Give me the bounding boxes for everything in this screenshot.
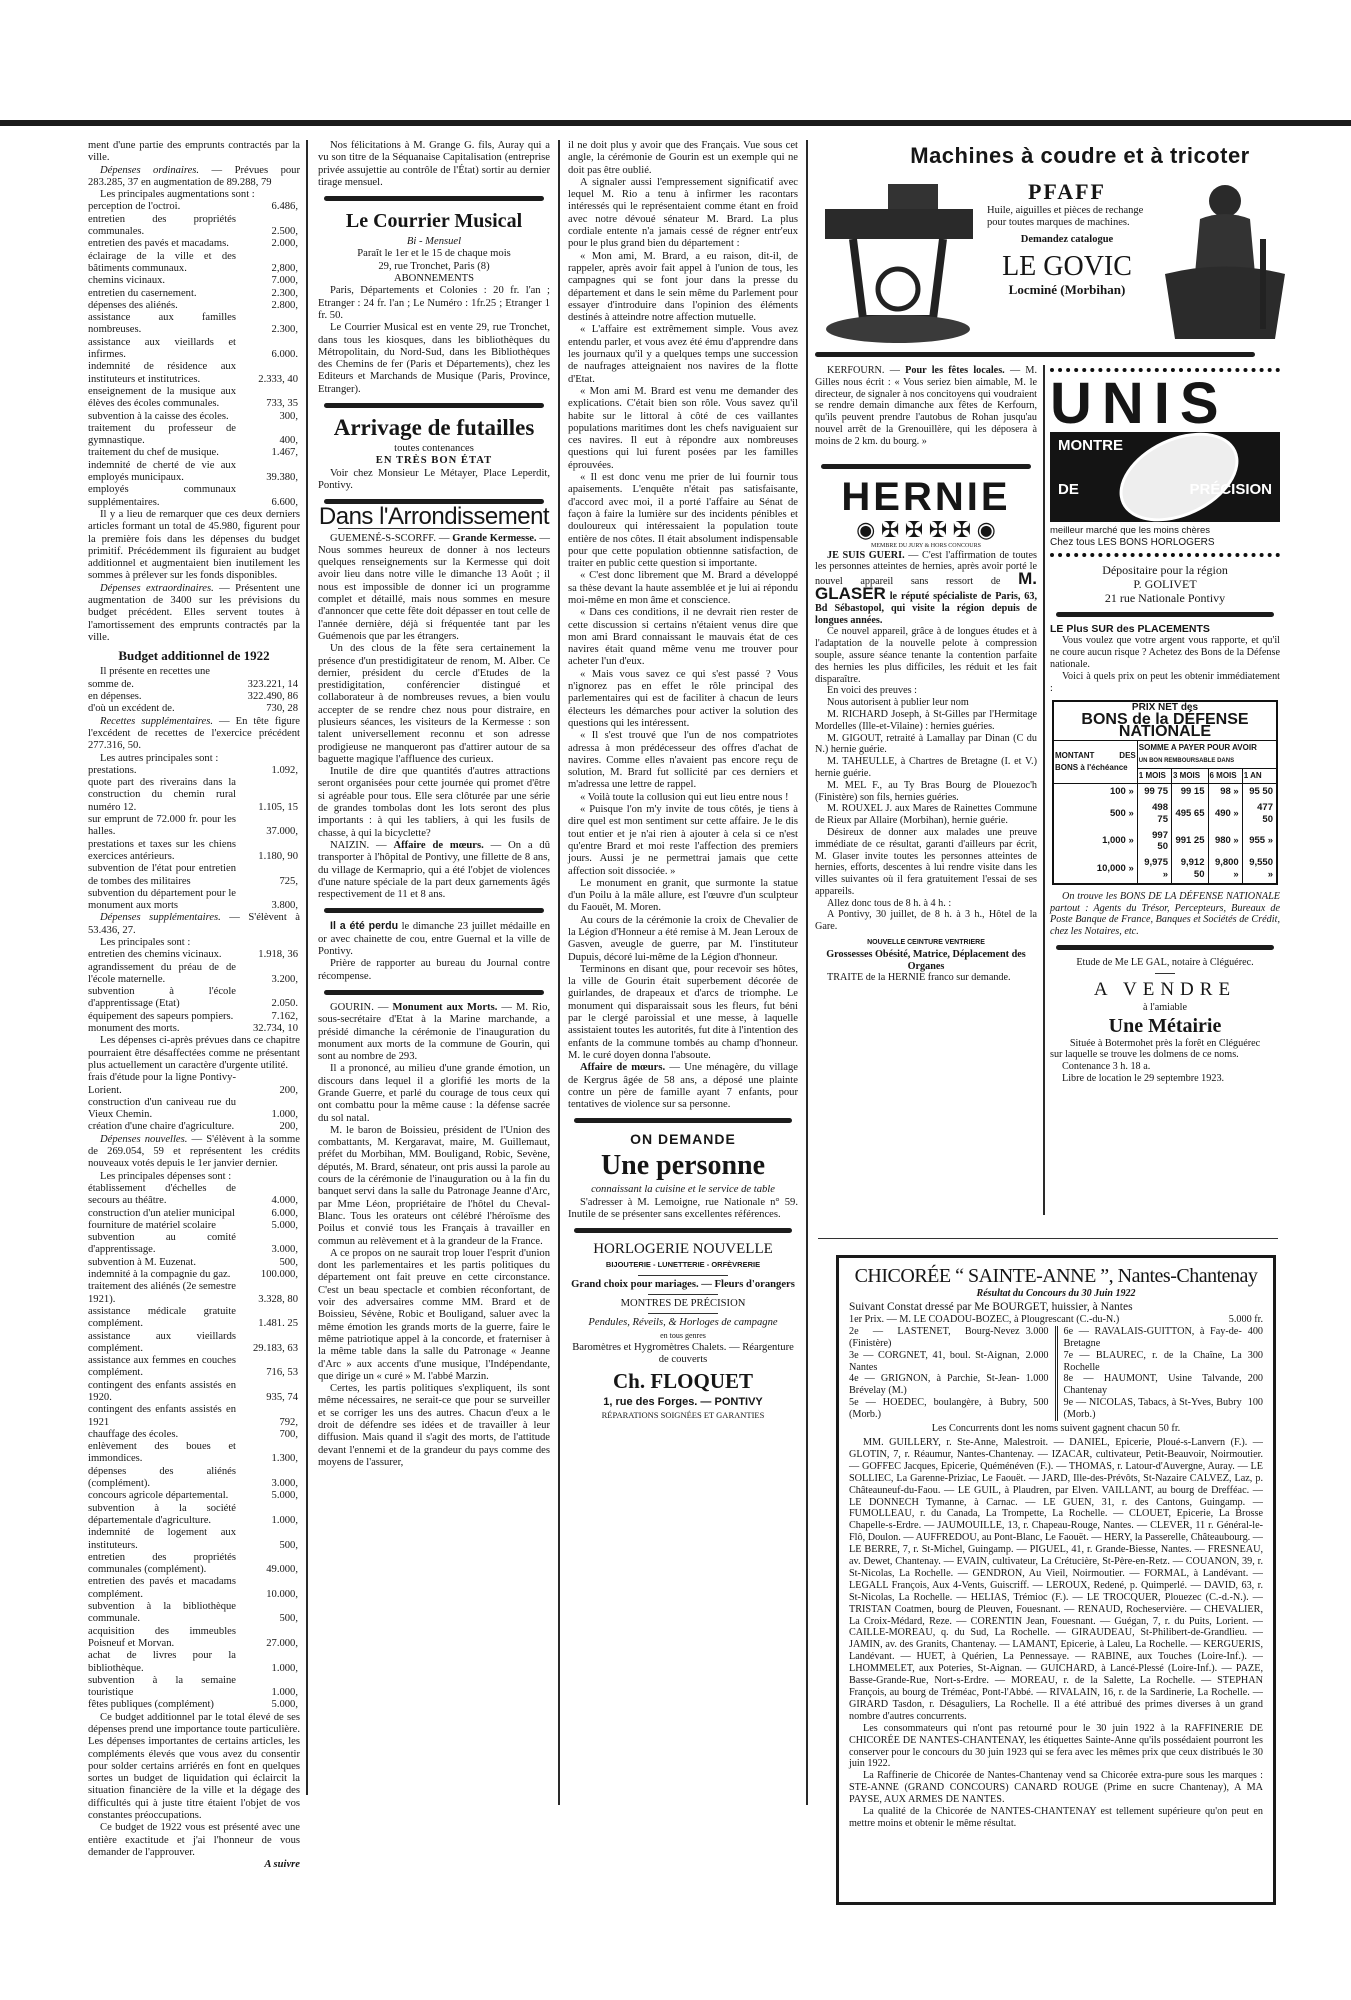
- divider: [574, 1118, 792, 1123]
- ledger-value: 5.000,: [236, 1220, 300, 1232]
- first-prize: 1er Prix. — M. LE COADOU-BOZEC, à Plougr…: [849, 1314, 1263, 1326]
- ledger-label: traitement du professeur de gymnastique.: [88, 423, 236, 448]
- bons-row: 1,000 »997 50991 25980 »955 »: [1054, 828, 1276, 856]
- place-name: GOURIN.: [330, 1002, 374, 1013]
- ledger-value: 39.380,: [236, 460, 300, 485]
- period-header: 1 MOIS: [1137, 769, 1171, 784]
- column-divider: [306, 140, 308, 1795]
- ledger-value: 100.000,: [236, 1269, 300, 1281]
- knitting-woman-icon: [1155, 179, 1290, 344]
- ledger-row: somme de.323.221, 14: [88, 679, 300, 691]
- bons-cell: 477 50: [1242, 800, 1276, 828]
- unis-address: 21 rue Nationale Pontivy: [1050, 591, 1280, 605]
- vendre-libre: Libre de location le 29 septembre 1923.: [1050, 1073, 1280, 1085]
- naizin-article: NAIZIN. — Affaire de mœurs. — On a dû tr…: [318, 840, 550, 901]
- ledger-label: frais d'étude pour la ligne Pontivy-Lori…: [88, 1072, 236, 1097]
- testimonial: M. TAHEULLE, à Chartres de Bretagne (I. …: [815, 756, 1037, 780]
- ledger-row: subvention du département pour le monume…: [88, 888, 300, 913]
- ledger-value: 10.000,: [236, 1576, 300, 1601]
- col3-p4: « L'affaire est extrêmement simple. Vous…: [568, 324, 798, 385]
- horlogerie-l4: en tous genres: [568, 1330, 798, 1342]
- pfaff-headline: Machines à coudre et à tricoter: [815, 143, 1345, 169]
- courrier-abonnements: ABONNEMENTS: [318, 273, 550, 285]
- ledger-label: subvention au comité d'apprentissage.: [88, 1232, 236, 1257]
- ledger-value: 7.000,: [236, 275, 300, 287]
- bons-row: 10,000 »9,975 »9,912 509,800 »9,550 »: [1054, 855, 1276, 883]
- horlogerie-sub: BIJOUTERIE - LUNETTERIE - ORFÈVRERIE: [568, 1259, 798, 1271]
- sewing-machine-icon: [823, 179, 973, 344]
- divider: [1056, 612, 1274, 617]
- ledger-label: construction d'un atelier municipal: [88, 1208, 236, 1220]
- bons-cell: 991 25: [1171, 828, 1208, 856]
- ledger-row: dépenses des aliénés.2.800,: [88, 300, 300, 312]
- gourin-p3: M. le baron de Boissieu, président de l'…: [318, 1125, 550, 1248]
- ledger-row: enseignement de la musique aux élèves de…: [88, 386, 300, 411]
- bons-table: PRIX NET des BONS de la DÉFENSE NATIONAL…: [1052, 700, 1278, 884]
- unis-band: MONTRE DE PRÉCISION: [1050, 432, 1280, 522]
- col3-p7: « C'est donc librement que M. Brard a dé…: [568, 570, 798, 607]
- ledger-row: en dépenses.322.490, 86: [88, 691, 300, 703]
- ledger-row: subvention à l'école d'apprentissage (Et…: [88, 986, 300, 1011]
- col3-p13: Le monument en granit, que surmonte la s…: [568, 878, 798, 915]
- pfaff-text: Huile, aiguilles et pièces de rechange p…: [987, 205, 1147, 229]
- ledger-value: 3.328, 80: [236, 1281, 300, 1306]
- hernie-p4: Nous autorisent à publier leur nom: [815, 697, 1037, 709]
- ledger-label: employés communaux supplémentaires.: [88, 484, 236, 509]
- horlogerie-address: 1, rue des Forges. — PONTIVY: [568, 1396, 798, 1408]
- divider: [1155, 973, 1175, 974]
- horlogerie-l3: Pendules, Réveils, & Horloges de campagn…: [568, 1317, 798, 1329]
- bons-cell: 100 »: [1054, 784, 1137, 800]
- prizes-left: 2e — LASTENET, Bourg-Nevez (Finistère)3.…: [849, 1326, 1058, 1421]
- horlogerie-l1: Grand choix pour mariages. — Fleurs d'or…: [568, 1279, 798, 1291]
- guemene-p3: Inutile de dire que quantités d'autres a…: [318, 766, 550, 840]
- testimonial: M. ROUXEL J. aux Mares de Rainettes Comm…: [815, 803, 1037, 827]
- ledger-label: contingent des enfants assistés en 1920.: [88, 1380, 236, 1405]
- ledger-value: 1.000,: [236, 1503, 300, 1528]
- recettes-supplementaires: Recettes supplémentaires. — En tête figu…: [88, 716, 300, 753]
- ledger-label: enlèvement des boues et immondices.: [88, 1441, 236, 1466]
- pfaff-dealer: LE GOVIC: [987, 250, 1147, 284]
- futailles-line1: toutes contenances: [318, 443, 550, 455]
- ledger-row: concours agricole départemental.5.000,: [88, 1490, 300, 1502]
- top-rule: [0, 120, 1351, 126]
- ledger-value: 7.162,: [236, 1011, 300, 1023]
- ledger-value: 1.918, 36: [236, 949, 300, 961]
- budget-additionnel-table: somme de.323.221, 14en dépenses.322.490,…: [88, 679, 300, 716]
- prize-entry: 5e — HOEDEC, boulangère, à Bubry, (Morb.…: [849, 1397, 1049, 1421]
- section-lead: Dépenses nouvelles.: [100, 1134, 187, 1145]
- ledger-value: 3.200,: [236, 962, 300, 987]
- placements-title: LE Plus SUR des PLACEMENTS: [1050, 624, 1280, 636]
- pfaff-catalogue: Demandez catalogue: [987, 234, 1147, 246]
- ledger-row: subvention de l'état pour entretien de t…: [88, 863, 300, 888]
- ledger-label: monument des morts.: [88, 1023, 236, 1035]
- ledger-label: agrandissement du préau de de l'école ma…: [88, 962, 236, 987]
- bons-hd2: BONS de la DÉFENSE NATIONALE: [1054, 714, 1276, 741]
- arrondissement-title: Dans l'Arrondissement: [318, 511, 550, 523]
- ledger-row: entretien des propriétés communales (com…: [88, 1552, 300, 1577]
- column-divider: [806, 140, 808, 1805]
- place-name: KERFOURN.: [827, 365, 884, 376]
- bons-cell: 1,000 »: [1054, 828, 1137, 856]
- ledger-label: subvention à la caisse des écoles.: [88, 411, 236, 423]
- ledger-label: quote part des riverains dans la constru…: [88, 777, 236, 814]
- ledger-label: perception de l'octroi.: [88, 201, 236, 213]
- ledger-row: construction d'un atelier municipal6.000…: [88, 1208, 300, 1220]
- col3-p9: « Mais vous savez ce qui s'est passé ? V…: [568, 669, 798, 730]
- col3-p1: il ne doit plus y avoir que des Français…: [568, 140, 798, 177]
- col3-p12: « Puisque l'on m'y invite de tous côtés,…: [568, 804, 798, 878]
- column-divider: [1043, 365, 1045, 1215]
- ledger-row: agrandissement du préau de de l'école ma…: [88, 962, 300, 987]
- bons-row: 500 »498 75495 65490 »477 50: [1054, 800, 1276, 828]
- ledger-label: entretien du casernement.: [88, 288, 236, 300]
- prize-entry: 3e — CORGNET, 41, boul. St-Aignan, Nante…: [849, 1350, 1049, 1374]
- unis-ad: UNIS MONTRE DE PRÉCISION meilleur marché…: [1050, 368, 1280, 557]
- ledger-value: 4.000,: [236, 1183, 300, 1208]
- ledger-value: 500,: [236, 1601, 300, 1626]
- ledger-row: subvention à la bibliothèque communale.5…: [88, 1601, 300, 1626]
- ledger-row: assistance aux femmes en couches complém…: [88, 1355, 300, 1380]
- ledger-value: 29.183, 63: [236, 1331, 300, 1356]
- article-headline: Grande Kermesse.: [452, 533, 536, 544]
- depenses-extraordinaires: Dépenses extraordinaires. — Présentent u…: [88, 583, 300, 644]
- ledger-value: 500,: [236, 1257, 300, 1269]
- ledger-row: création d'une chaire d'agriculture.200,: [88, 1121, 300, 1133]
- period-header: 6 MOIS: [1208, 769, 1242, 784]
- prize-entry: 9e — NICOLAS, Tabacs, à St-Yves, Bubry (…: [1064, 1397, 1264, 1421]
- ledger-row: entretien des propriétés communales.2.50…: [88, 214, 300, 239]
- ledger-label: indemnité de cherté de vie aux employés …: [88, 460, 236, 485]
- ledger-row: traitement du professeur de gymnastique.…: [88, 423, 300, 448]
- depenses-nouvelles: Dépenses nouvelles. — S'élèvent à la som…: [88, 1134, 300, 1171]
- unis-name: P. GOLIVET: [1050, 577, 1280, 591]
- pfaff-city: Locminé (Morbihan): [987, 284, 1147, 296]
- ledger-row: subvention à la société départementale d…: [88, 1503, 300, 1528]
- ledger-row: assistance aux vieillards et infirmes.6.…: [88, 337, 300, 362]
- ledger-label: concours agricole départemental.: [88, 1490, 236, 1502]
- chicoree-qualite: La qualité de la Chicorée de NANTES-CHAN…: [849, 1806, 1263, 1830]
- ledger-row: prestations et taxes sur les chiens exer…: [88, 839, 300, 864]
- ledger-value: 1.000,: [236, 1097, 300, 1122]
- ledger-value: 5.000,: [236, 1490, 300, 1502]
- vendre-dolmens: sur laquelle se trouve les dolmens de ce…: [1050, 1049, 1280, 1061]
- ledger-label: en dépenses.: [88, 691, 236, 703]
- a-suivre: A suivre: [88, 1859, 300, 1871]
- ledger-row: assistance aux familles nombreuses.2.300…: [88, 312, 300, 337]
- ledger-label: subvention du département pour le monume…: [88, 888, 236, 913]
- divider: [1056, 945, 1274, 950]
- column-unis: UNIS MONTRE DE PRÉCISION meilleur marché…: [1050, 368, 1280, 1085]
- ledger-label: construction d'un caniveau rue du Vieux …: [88, 1097, 236, 1122]
- ledger-label: assistance médicale gratuite complément.: [88, 1306, 236, 1331]
- section-lead: Dépenses ordinaires.: [100, 165, 199, 176]
- hernie-p1: JE SUIS GUERI. — C'est l'affirmation de …: [815, 550, 1037, 627]
- col-montant: MONTANT DES BONS à l'échéance: [1054, 741, 1137, 784]
- ledger-label: entretien des chemins vicinaux.: [88, 949, 236, 961]
- ledger-label: entretien des pavés et macadams compléme…: [88, 1576, 236, 1601]
- place-name: GUEMENÉ-S-SCORFF.: [330, 533, 436, 544]
- ledger-value: 1.481. 25: [236, 1306, 300, 1331]
- courrier-musical-title: Le Courrier Musical: [318, 208, 550, 234]
- ledger-value: 300,: [236, 411, 300, 423]
- divider: [324, 196, 544, 201]
- col3-p6: « Il est donc venu me prier de lui fourn…: [568, 472, 798, 570]
- notice-lead: Il a été perdu: [330, 920, 398, 932]
- bons-cell: 99 15: [1171, 784, 1208, 800]
- column-arrondissement: Nos félicitations à M. Grange G. fils, A…: [318, 140, 550, 1469]
- ledger-label: indemnité de résidence aux instituteurs …: [88, 361, 236, 386]
- ledger-label: chauffage des écoles.: [88, 1429, 236, 1441]
- column-hernie: KERFOURN. — Pour les fêtes locales. — M.…: [815, 365, 1037, 984]
- desaffectees-text: Les dépenses ci-après prévues dans ce ch…: [88, 1035, 300, 1072]
- ledger-label: dépenses des aliénés (complément).: [88, 1466, 236, 1491]
- chicoree-consommateurs: Les consommateurs qui n'ont pas retourné…: [849, 1723, 1263, 1771]
- ledger-value: 1.000,: [236, 1675, 300, 1700]
- ledger-label: achat de livres pour la bibliothèque.: [88, 1650, 236, 1675]
- guemene-article: GUEMENÉ-S-SCORFF. — Grande Kermesse. — N…: [318, 533, 550, 644]
- article-headline: Monument aux Morts.: [393, 1002, 498, 1013]
- hernie-p3: En voici des preuves :: [815, 685, 1037, 697]
- ledger-value: 2.500,: [236, 214, 300, 239]
- ledger-value: 730, 28: [236, 703, 300, 715]
- period-header: 3 MOIS: [1171, 769, 1208, 784]
- chicoree-marques: La Raffinerie de Chicorée de Nantes-Chan…: [849, 1770, 1263, 1806]
- ledger-label: prestations et taxes sur les chiens exer…: [88, 839, 236, 864]
- prize-entry: 8e — HAUMONT, Usine Talvande, Chantenay2…: [1064, 1373, 1264, 1397]
- ledger-value: 792,: [236, 1404, 300, 1429]
- ledger-value: 1.300,: [236, 1441, 300, 1466]
- vendre-contenance: Contenance 3 h. 18 a.: [1050, 1061, 1280, 1073]
- ledger-value: 200,: [236, 1072, 300, 1097]
- section-divider: [818, 1238, 1278, 1239]
- bons-cell: 98 »: [1208, 784, 1242, 800]
- horlogerie-l5: Baromètres et Hygromètres Chalets. — Réa…: [568, 1342, 798, 1367]
- bons-cell: 495 65: [1171, 800, 1208, 828]
- traite-label: TRAITE de la HERNIE franco sur demande.: [815, 972, 1037, 984]
- col3-p5: « Mon ami M. Brard est venu me demander …: [568, 386, 798, 472]
- demande-title: Une personne: [568, 1150, 798, 1182]
- placements-p3: On trouve les BONS DE LA DÉFENSE NATIONA…: [1050, 891, 1280, 938]
- ledger-label: entretien des propriétés communales (com…: [88, 1552, 236, 1577]
- ledger-row: d'où un excédent de.730, 28: [88, 703, 300, 715]
- article-text: — M. Gilles nous écrit : « Vous seriez b…: [815, 365, 1037, 447]
- ledger-row: entretien des chemins vicinaux.1.918, 36: [88, 949, 300, 961]
- depenses-ordinaires: Dépenses ordinaires. — Prévues pour 283.…: [88, 165, 300, 190]
- ledger-label: traitement du chef de musique.: [88, 447, 236, 459]
- ledger-label: prestations.: [88, 765, 236, 777]
- prizes-right: 6e — RAVALAIS-GUITTON, à Fay-de-Bretagne…: [1058, 1326, 1264, 1421]
- ledger-row: achat de livres pour la bibliothèque.1.0…: [88, 1650, 300, 1675]
- pfaff-ad: Machines à coudre et à tricoter PFAFF Hu…: [815, 143, 1345, 348]
- placements-p1: Vous voulez que votre argent vous rappor…: [1050, 635, 1280, 670]
- ledger-row: assistance médicale gratuite complément.…: [88, 1306, 300, 1331]
- ledger-value: 32.734, 10: [236, 1023, 300, 1035]
- ledger-value: 935, 74: [236, 1380, 300, 1405]
- desaffectees-table: frais d'étude pour la ligne Pontivy-Lori…: [88, 1072, 300, 1133]
- bons-cell: 9,975 »: [1137, 855, 1171, 883]
- medals-icon: ◉ ✠ ✠ ✠ ✠ ◉: [815, 518, 1037, 542]
- testimonial: M. RICHARD Joseph, à St-Gilles par l'Her…: [815, 709, 1037, 733]
- futailles-line3: Voir chez Monsieur Le Métayer, Place Lep…: [318, 468, 550, 493]
- ledger-row: sur emprunt de 72.000 fr. pour les halle…: [88, 814, 300, 839]
- nouvelles-table: établissement d'échelles de secours au t…: [88, 1183, 300, 1712]
- ledger-value: 6.000.: [236, 337, 300, 362]
- dep-supp-intro: Les principales sont :: [88, 937, 300, 949]
- ledger-row: entretien des pavés et macadams compléme…: [88, 1576, 300, 1601]
- horlogerie-name: Ch. FLOQUET: [568, 1368, 798, 1394]
- ledger-label: subvention à la bibliothèque communale.: [88, 1601, 236, 1626]
- bons-grid: MONTANT DES BONS à l'échéance SOMME A PA…: [1054, 741, 1276, 883]
- unis-logo: UNIS: [1050, 376, 1280, 432]
- chicoree-names: MM. GUILLERY, r. Ste-Anne, Malestroit. —…: [849, 1437, 1263, 1723]
- ledger-label: équipement des sapeurs pompiers.: [88, 1011, 236, 1023]
- divider: [648, 1313, 718, 1314]
- ledger-label: subvention à l'école d'apprentissage (Et…: [88, 986, 236, 1011]
- ledger-value: 27.000,: [236, 1626, 300, 1651]
- col3-p11: « Voilà toute la collusion qui eut lieu …: [568, 792, 798, 804]
- divider: [815, 352, 1255, 357]
- ledger-value: 716, 53: [236, 1355, 300, 1380]
- autres-table: prestations.1.092,quote part des riverai…: [88, 765, 300, 913]
- prize-entry: 4e — GRIGNON, à Parchie, St-Jean-Brévela…: [849, 1373, 1049, 1397]
- hernie-p6: Allez donc tous de 8 h. à 4 h. :: [815, 898, 1037, 910]
- bons-cell: 10,000 »: [1054, 855, 1137, 883]
- prize-entry: 2e — LASTENET, Bourg-Nevez (Finistère)3.…: [849, 1326, 1049, 1350]
- col3-p14: Au cours de la cérémonie la croix de Che…: [568, 915, 798, 964]
- ledger-label: subvention de l'état pour entretien de t…: [88, 863, 236, 888]
- ledger-row: quote part des riverains dans la constru…: [88, 777, 300, 814]
- demande-text: S'adresser à M. Lemoigne, rue Nationale …: [568, 1197, 798, 1222]
- unis-tag1: meilleur marché que les moins chères: [1050, 525, 1280, 537]
- dep-supp-table: entretien des chemins vicinaux.1.918, 36…: [88, 949, 300, 1035]
- band-left: MONTRE: [1058, 440, 1123, 452]
- col3-p15: Terminons en disant que, pour recevoir s…: [568, 964, 798, 1062]
- kerfourn-article: KERFOURN. — Pour les fêtes locales. — M.…: [815, 365, 1037, 448]
- ledger-row: fêtes publiques (complément)5.000,: [88, 1699, 300, 1711]
- nouvelles-intro: Les principales dépenses sont :: [88, 1171, 300, 1183]
- ledger-value: 1.467,: [236, 447, 300, 459]
- ledger-value: 3.000,: [236, 1232, 300, 1257]
- ledger-value: 323.221, 14: [236, 679, 300, 691]
- ledger-value: 5.000,: [236, 1699, 300, 1711]
- ledger-row: équipement des sapeurs pompiers.7.162,: [88, 1011, 300, 1023]
- ledger-value: 2.300,: [236, 288, 300, 300]
- prize-entry: 6e — RAVALAIS-GUITTON, à Fay-de-Bretagne…: [1064, 1326, 1264, 1350]
- column-divider: [558, 140, 560, 1805]
- ledger-row: entretien des pavés et macadams.2.000,: [88, 238, 300, 250]
- testimonial: M. MEL F., au Ty Bras Bourg de Plouezoc'…: [815, 780, 1037, 804]
- ledger-label: fourniture de matériel scolaire: [88, 1220, 236, 1232]
- bons-cell: 980 »: [1208, 828, 1242, 856]
- ledger-row: traitement des aliénés (2e semestre 1921…: [88, 1281, 300, 1306]
- ledger-label: subvention à M. Euzenat.: [88, 1257, 236, 1269]
- article-headline: Pour les fêtes locales.: [905, 365, 1005, 376]
- horlogerie-footer: RÉPARATIONS SOIGNÉES ET GARANTIES: [568, 1409, 798, 1421]
- divider: [324, 908, 544, 913]
- ledger-value: 6.600,: [236, 484, 300, 509]
- ledger-label: indemnité à la compagnie du gaz.: [88, 1269, 236, 1281]
- gourin-article: GOURIN. — Monument aux Morts. — M. Rio, …: [318, 1002, 550, 1063]
- ledger-label: enseignement de la musique aux élèves de…: [88, 386, 236, 411]
- ledger-row: monument des morts.32.734, 10: [88, 1023, 300, 1035]
- section-lead: Dépenses extraordinaires.: [100, 583, 214, 594]
- chicoree-constat: Suivant Constat dressé par Me BOURGET, h…: [849, 1300, 1263, 1314]
- section-lead: Recettes supplémentaires.: [100, 716, 213, 727]
- ceinture-label: NOUVELLE CEINTURE VENTRIERE: [815, 937, 1037, 949]
- band-de: DE: [1058, 484, 1079, 496]
- ledger-row: subvention à la semaine touristique1.000…: [88, 1675, 300, 1700]
- column-budget: ment d'une partie des emprunts contracté…: [88, 140, 300, 1872]
- divider: [648, 1294, 718, 1295]
- hernie-p5: Désireux de donner aux malades une preuv…: [815, 827, 1037, 898]
- ledger-row: établissement d'échelles de secours au t…: [88, 1183, 300, 1208]
- ledger-value: 37.000,: [236, 814, 300, 839]
- ledger-label: acquisition des immeubles Poisneuf et Mo…: [88, 1626, 236, 1651]
- ledger-row: acquisition des immeubles Poisneuf et Mo…: [88, 1626, 300, 1651]
- courrier-subtitle: Bi - Mensuel: [318, 236, 550, 248]
- ledger-label: chemins vicinaux.: [88, 275, 236, 287]
- continuation-text: ment d'une partie des emprunts contracté…: [88, 140, 300, 165]
- prize-entry: 7e — BLAUREC, r. de la Chaîne, La Rochel…: [1064, 1350, 1264, 1374]
- ledger-row: perception de l'octroi.6.486,: [88, 201, 300, 213]
- ledger-row: éclairage de la ville et des bâtiments c…: [88, 251, 300, 276]
- remarque-text: Il y a lieu de remarquer que ces deux de…: [88, 509, 300, 583]
- ledger-row: employés communaux supplémentaires.6.600…: [88, 484, 300, 509]
- ledger-label: entretien des pavés et macadams.: [88, 238, 236, 250]
- ledger-value: 2.300,: [236, 312, 300, 337]
- ledger-row: chemins vicinaux.7.000,: [88, 275, 300, 287]
- gourin-p4: A ce propos on ne saurait trop louer l'e…: [318, 1248, 550, 1383]
- ledger-label: fêtes publiques (complément): [88, 1699, 236, 1711]
- conclusion-1: Ce budget additionnel par le total élevé…: [88, 1712, 300, 1823]
- col3-p10: « Il s'est trouvé que l'un de nos compat…: [568, 730, 798, 791]
- divider: [324, 990, 544, 995]
- etude-text: Etude de Me LE GAL, notaire à Cléguérec.: [1050, 957, 1280, 969]
- bons-row: 100 »99 7599 1598 »95 50: [1054, 784, 1276, 800]
- divider: [324, 403, 544, 408]
- article-headline: Affaire de mœurs.: [393, 840, 483, 851]
- ledger-value: 725,: [236, 863, 300, 888]
- divider: [574, 1228, 792, 1233]
- ledger-value: 2.050.: [236, 986, 300, 1011]
- horlogerie-l2: MONTRES DE PRÉCISION: [568, 1298, 798, 1310]
- ledger-label: contingent des enfants assistés en 1921: [88, 1404, 236, 1429]
- budget-additionnel-intro: Il présente en recettes une: [88, 666, 300, 678]
- courrier-tarifs: Paris, Départements et Colonies : 20 fr.…: [318, 285, 550, 322]
- chicoree-ad: CHICORÉE “ SAINTE-ANNE ”, Nantes-Chanten…: [836, 1255, 1276, 1905]
- ledger-value: 1.092,: [236, 765, 300, 777]
- ledger-row: construction d'un caniveau rue du Vieux …: [88, 1097, 300, 1122]
- ledger-label: dépenses des aliénés.: [88, 300, 236, 312]
- medals-caption: MEMBRE DU JURY & HORS CONCOURS: [815, 542, 1037, 550]
- column-gourin-continued: il ne doit plus y avoir que des Français…: [568, 140, 798, 1421]
- ledger-row: prestations.1.092,: [88, 765, 300, 777]
- courrier-vente: Le Courrier Musical est en vente 29, rue…: [318, 322, 550, 396]
- ledger-value: 2,800,: [236, 251, 300, 276]
- col3-p8: « Dans ces conditions, il ne devrait rie…: [568, 607, 798, 668]
- hernie-title: HERNIE: [815, 476, 1037, 518]
- ledger-value: 733, 35: [236, 386, 300, 411]
- testimonials-list: M. RICHARD Joseph, à St-Gilles par l'Her…: [815, 709, 1037, 827]
- divider: [638, 1275, 728, 1276]
- ledger-row: chauffage des écoles.700,: [88, 1429, 300, 1441]
- ledger-row: contingent des enfants assistés en 19217…: [88, 1404, 300, 1429]
- ledger-label: éclairage de la ville et des bâtiments c…: [88, 251, 236, 276]
- ledger-row: fourniture de matériel scolaire5.000,: [88, 1220, 300, 1232]
- demande-subtitle: connaissant la cuisine et le service de …: [568, 1184, 798, 1196]
